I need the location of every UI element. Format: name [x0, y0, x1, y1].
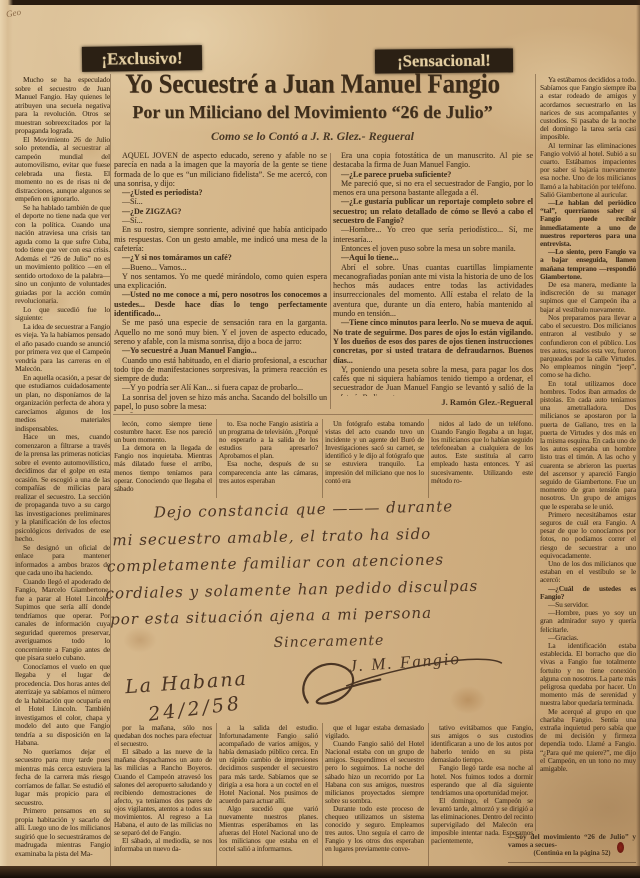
paragraph: La identificación estaba establecida. El… [540, 642, 636, 708]
page-edge-bottom [0, 866, 640, 878]
exclusive-banner-label: ¡Exclusivo! [101, 48, 182, 68]
byline: Como se lo Contó a J. R. Glez.- Regueral [110, 129, 515, 144]
paragraph: Durante todo este proceso de chequeo uti… [325, 805, 424, 854]
paragraph: Cuando llegó el apoderado de Fangio, Mar… [15, 578, 110, 663]
column-rule [322, 419, 323, 498]
paragraph: Entonces el joven puso sobre la mesa un … [333, 244, 533, 253]
paragraph: Lo que sucedió fue lo siguiente: [15, 306, 110, 323]
page-edge-top [0, 0, 640, 5]
sensational-banner-label: ¡Sensacional! [397, 51, 491, 71]
narrative-col4-top: nidos al lado de un teléfono. Cuando Fan… [431, 420, 533, 497]
paragraph: La idea de secuestrar a Fangio es vieja.… [15, 323, 110, 374]
interview-column-2: Era una copia fotostática de un manuscri… [333, 151, 533, 396]
paragraph: —¿Y si nos tomáramos un café? [114, 253, 327, 262]
paragraph: Primero necesitábamos estar seguros de c… [540, 511, 636, 560]
paragraph: Uno de los dos milicianos que estaban en… [540, 560, 636, 585]
paragraph: —¿De ZIGZAG? [114, 207, 327, 216]
paragraph: En total utilizamos doce hombres. Todos … [540, 380, 636, 511]
paragraph: por la mañana, sólo nos quedaban dos noc… [114, 724, 212, 748]
narrative-col3-top: Un fotógrafo estaba tomando vistas del a… [325, 420, 424, 497]
paragraph: Era una copia fotostática de un manuscri… [333, 151, 533, 170]
paragraph: —Aquí lo tiene... [333, 253, 533, 262]
paragraph: —¿Cuál de ustedes es Fangio? [540, 585, 636, 601]
paragraph: Abrí el sobre. Unas cuantas cuartillas l… [333, 263, 533, 319]
paragraph: Y, poniendo una peseta sobre la mesa, pa… [333, 365, 533, 396]
paragraph: Conocíamos el vuelo en que llegaba y el … [15, 663, 110, 748]
paragraph: Un fotógrafo estaba tomando vistas del a… [325, 420, 424, 485]
narrative-col2-bottom: a la salida del estudio. Infortunadament… [219, 724, 318, 865]
paragraph: —Tiene cinco minutos para leerlo. No se … [333, 318, 533, 364]
paragraph: —Sí... [114, 197, 327, 206]
paragraph: Esa noche, después de su comparecencia a… [219, 460, 318, 484]
paragraph: —¿Le parece prueba suficiente? [333, 170, 533, 179]
paragraph: to. Esa noche Fangio asistiría a un prog… [219, 420, 318, 460]
paragraph: AQUEL JOVEN de aspecto educado, sereno y… [114, 151, 327, 188]
paragraph: Al terminar las eliminaciones Fangio vol… [540, 142, 636, 199]
paragraph: —Yo secuestré a Juan Manuel Fangio... [114, 346, 327, 355]
page-edge-left [0, 0, 13, 878]
paragraph: tativo evitábamos que Fangio, sus amigos… [431, 724, 533, 764]
paragraph: La sonrisa del joven se hizo más ancha. … [114, 393, 327, 412]
left-editorial-column: Mucho se ha especulado sobre el secuestr… [15, 76, 110, 866]
headline: Yo Secuestré a Juan Manuel Fangio [110, 70, 515, 100]
paragraph: Primero pensamos en su propia habitación… [15, 807, 110, 858]
column-rule [535, 74, 536, 831]
interview-column-1: AQUEL JOVEN de aspecto educado, sereno y… [114, 151, 327, 413]
column-rule [428, 723, 429, 866]
paragraph: Se ha hablado también de que el deporte … [15, 204, 110, 306]
paragraph: —Bueno... Vamos... [114, 263, 327, 272]
reporter-signature: J. Ramón Glez.-Regueral [333, 397, 533, 407]
paragraph: En aquella ocasión, a pesar de que estud… [15, 374, 110, 434]
paragraph: Me pareció que, si no era el secuestrado… [333, 179, 533, 198]
paragraph: que el lugar estaba demasiado vigilado. [325, 724, 424, 740]
paragraph: Cuando Fangio salió del Hotel Nacional e… [325, 740, 424, 805]
section-rule [113, 414, 533, 415]
column-rule [428, 419, 429, 498]
red-ink-spot [617, 842, 624, 853]
paragraph: El Movimiento 26 de Julio solo pretendía… [15, 136, 110, 204]
paragraph: En su rostro, siempre sonriente, adiviné… [114, 225, 327, 253]
paragraph: —Lea esto... [114, 411, 327, 413]
narrative-col3-bottom: que el lugar estaba demasiado vigilado.C… [325, 724, 424, 865]
paragraph: —Usted no me conoce a mí, pero nosotros … [114, 290, 327, 318]
paragraph: Ya estábamos decididos a todo. Sabíamos … [540, 76, 636, 142]
column-rule [110, 74, 111, 866]
paragraph: —Hombre... Yo creo que sería periodístic… [333, 225, 533, 244]
paragraph: —Sí... [114, 216, 327, 225]
paragraph: Hace un mes, cuando comenzaron a filtrar… [15, 433, 110, 544]
right-narrative-column: Ya estábamos decididos a todo. Sabíamos … [540, 76, 636, 833]
column-rule [330, 153, 331, 409]
paragraph: El sábado, al mediodía, se nos informaba… [114, 837, 212, 853]
paragraph: lecón, como siempre tiene costumbre hace… [114, 420, 212, 444]
paragraph: —Y yo podría ser Alí Kan... si fuera cap… [114, 383, 327, 392]
paragraph: La demora en la llegada de Fangio nos in… [114, 444, 212, 493]
paragraph: —Lo siento, pero Fangio va a bajar enseg… [540, 248, 636, 281]
pencil-corner-mark: Geo [5, 7, 22, 19]
column-rule [322, 723, 323, 866]
paragraph: —Le hablan del periódico “tal”, querríam… [540, 199, 636, 248]
paragraph: El sábado a las nueve de la mañana despa… [114, 748, 212, 837]
paragraph: Nos preparamos para llevar a cabo el sec… [540, 314, 636, 380]
narrative-col1-top: lecón, como siempre tiene costumbre hace… [114, 420, 212, 497]
paragraph: Y nos sentamos. Yo me quedé mirándolo, c… [114, 272, 327, 291]
paragraph: —¿Le gustaría publicar un reportaje comp… [333, 197, 533, 225]
paragraph: De esa manera, mediante la indiscreción … [540, 281, 636, 314]
page-edge-right [636, 0, 640, 878]
narrative-col2-top: to. Esa noche Fangio asistiría a un prog… [219, 420, 318, 497]
paragraph: Algo sucedió que varió nuevamente nuestr… [219, 805, 318, 854]
paragraph: a la salida del estudio. Infortunadament… [219, 724, 318, 805]
paragraph: —Hombre, pues yo soy un gran admirador s… [540, 609, 636, 634]
newspaper-page: Geo ¡Exclusivo! ¡Sensacional! Yo Secuest… [0, 0, 640, 878]
paragraph: Mucho se ha especulado sobre el secuestr… [15, 76, 110, 136]
column-rule [216, 723, 217, 866]
paragraph: Fangio llegó tarde esa noche al hotel. N… [431, 764, 533, 796]
subheadline: Por un Miliciano del Movimiento “26 de J… [110, 102, 515, 123]
paragraph: No queríamos dejar el secuestro para muy… [15, 748, 110, 808]
exclusive-banner: ¡Exclusivo! [82, 45, 202, 72]
paragraph: nidos al lado de un teléfono. Cuando Fan… [431, 420, 533, 485]
paragraph: Se designó un oficial de enlace para man… [15, 544, 110, 578]
column-rule [216, 419, 217, 498]
continuation-note: (Continúa en la página 52) [508, 850, 636, 858]
paragraph: —¿Usted es periodista? [114, 188, 327, 197]
narrative-col1-bottom: por la mañana, sólo nos quedaban dos noc… [114, 724, 212, 865]
paragraph: Cuando uno está habituado, en el diario … [114, 356, 327, 384]
paragraph: Se me pasó una especie de sensación rara… [114, 318, 327, 346]
paragraph: Me acerqué al grupo en que charlaba Fang… [540, 708, 636, 774]
signature-text: J. M. Fangio [349, 649, 462, 676]
